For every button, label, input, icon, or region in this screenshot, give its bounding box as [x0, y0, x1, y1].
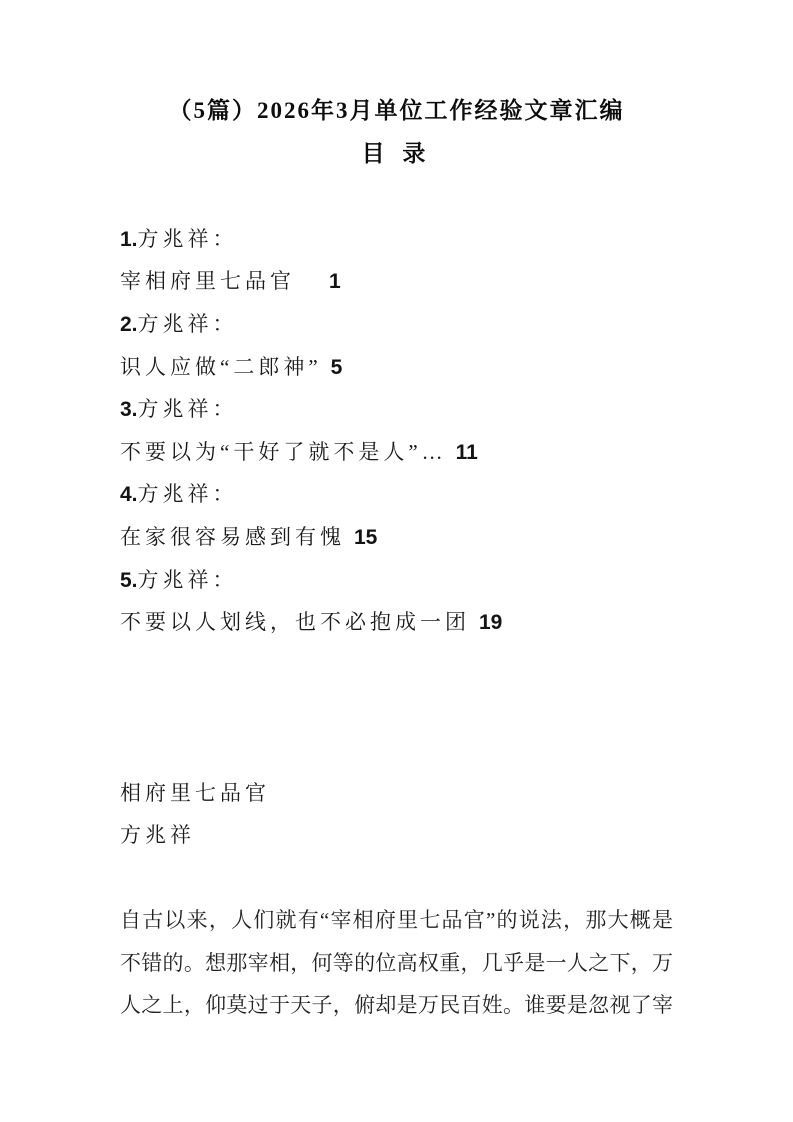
- toc-entry-title-line: 不要以人划线，也不必抱成一团19: [120, 601, 673, 644]
- article-heading: 相府里七品官: [120, 772, 673, 815]
- toc-entry-number: 2.: [120, 313, 138, 336]
- toc-entry-author-line: 3.方兆祥：: [120, 388, 673, 431]
- toc-entry-author: 方兆祥：: [138, 312, 238, 336]
- toc-entry-author-line: 4.方兆祥：: [120, 473, 673, 516]
- blank-line: [120, 644, 673, 687]
- toc-entry-author-line: 2.方兆祥：: [120, 303, 673, 346]
- toc-entry-number: 5.: [120, 569, 138, 592]
- toc-entry-page: 5: [331, 356, 343, 379]
- body-line: 不错的。想那宰相，何等的位高权重，几乎是一人之下，万: [120, 942, 673, 985]
- document-content: （5篇）2026年3月单位工作经验文章汇编 目 录 1.方兆祥： 宰相府里七品官…: [120, 90, 673, 1027]
- toc-entry-author: 方兆祥：: [138, 482, 238, 506]
- toc-entry-title: 在家很容易感到有愧: [120, 525, 345, 549]
- toc-entry-title-line: 识人应做“二郎神”5: [120, 346, 673, 389]
- toc-entry-number: 1.: [120, 228, 138, 251]
- toc-entry-author: 方兆祥：: [138, 568, 238, 592]
- article-author: 方兆祥: [120, 814, 673, 857]
- toc-entry-title-line: 在家很容易感到有愧15: [120, 516, 673, 559]
- toc-entry-page: 11: [456, 441, 478, 464]
- toc-entry-page: 1: [329, 270, 341, 293]
- toc-entry-title: 宰相府里七品官: [120, 269, 320, 293]
- toc-entry-page: 15: [354, 526, 377, 549]
- document-page: （5篇）2026年3月单位工作经验文章汇编 目 录 1.方兆祥： 宰相府里七品官…: [0, 0, 793, 1122]
- toc-entry-number: 4.: [120, 483, 138, 506]
- toc-entry-author-line: 5.方兆祥：: [120, 559, 673, 602]
- body-line: 自古以来，人们就有“宰相府里七品官”的说法，那大概是: [120, 899, 673, 942]
- toc-entry-title: 不要以人划线，也不必抱成一团: [120, 610, 470, 634]
- toc-entry-author: 方兆祥：: [138, 397, 238, 421]
- toc-entry-title-line: 不要以为“干好了就不是人”…11: [120, 431, 673, 474]
- toc-entry-author: 方兆祥：: [138, 227, 238, 251]
- toc-entry-number: 3.: [120, 398, 138, 421]
- blank-line: [120, 729, 673, 772]
- body-line: 人之上，仰莫过于天子，俯却是万民百姓。谁要是忽视了宰: [120, 984, 673, 1027]
- blank-line: [120, 686, 673, 729]
- blank-line: [120, 857, 673, 900]
- document-title: （5篇）2026年3月单位工作经验文章汇编: [120, 90, 673, 133]
- toc-entry-title-line: 宰相府里七品官 1: [120, 260, 673, 303]
- toc-heading: 目 录: [120, 133, 673, 176]
- toc-entry-author-line: 1.方兆祥：: [120, 218, 673, 261]
- toc-entry-page: 19: [479, 611, 502, 634]
- toc-entry-title: 识人应做“二郎神”: [120, 355, 322, 379]
- toc-entry-title: 不要以为“干好了就不是人”…: [120, 440, 447, 464]
- blank-line: [120, 175, 673, 218]
